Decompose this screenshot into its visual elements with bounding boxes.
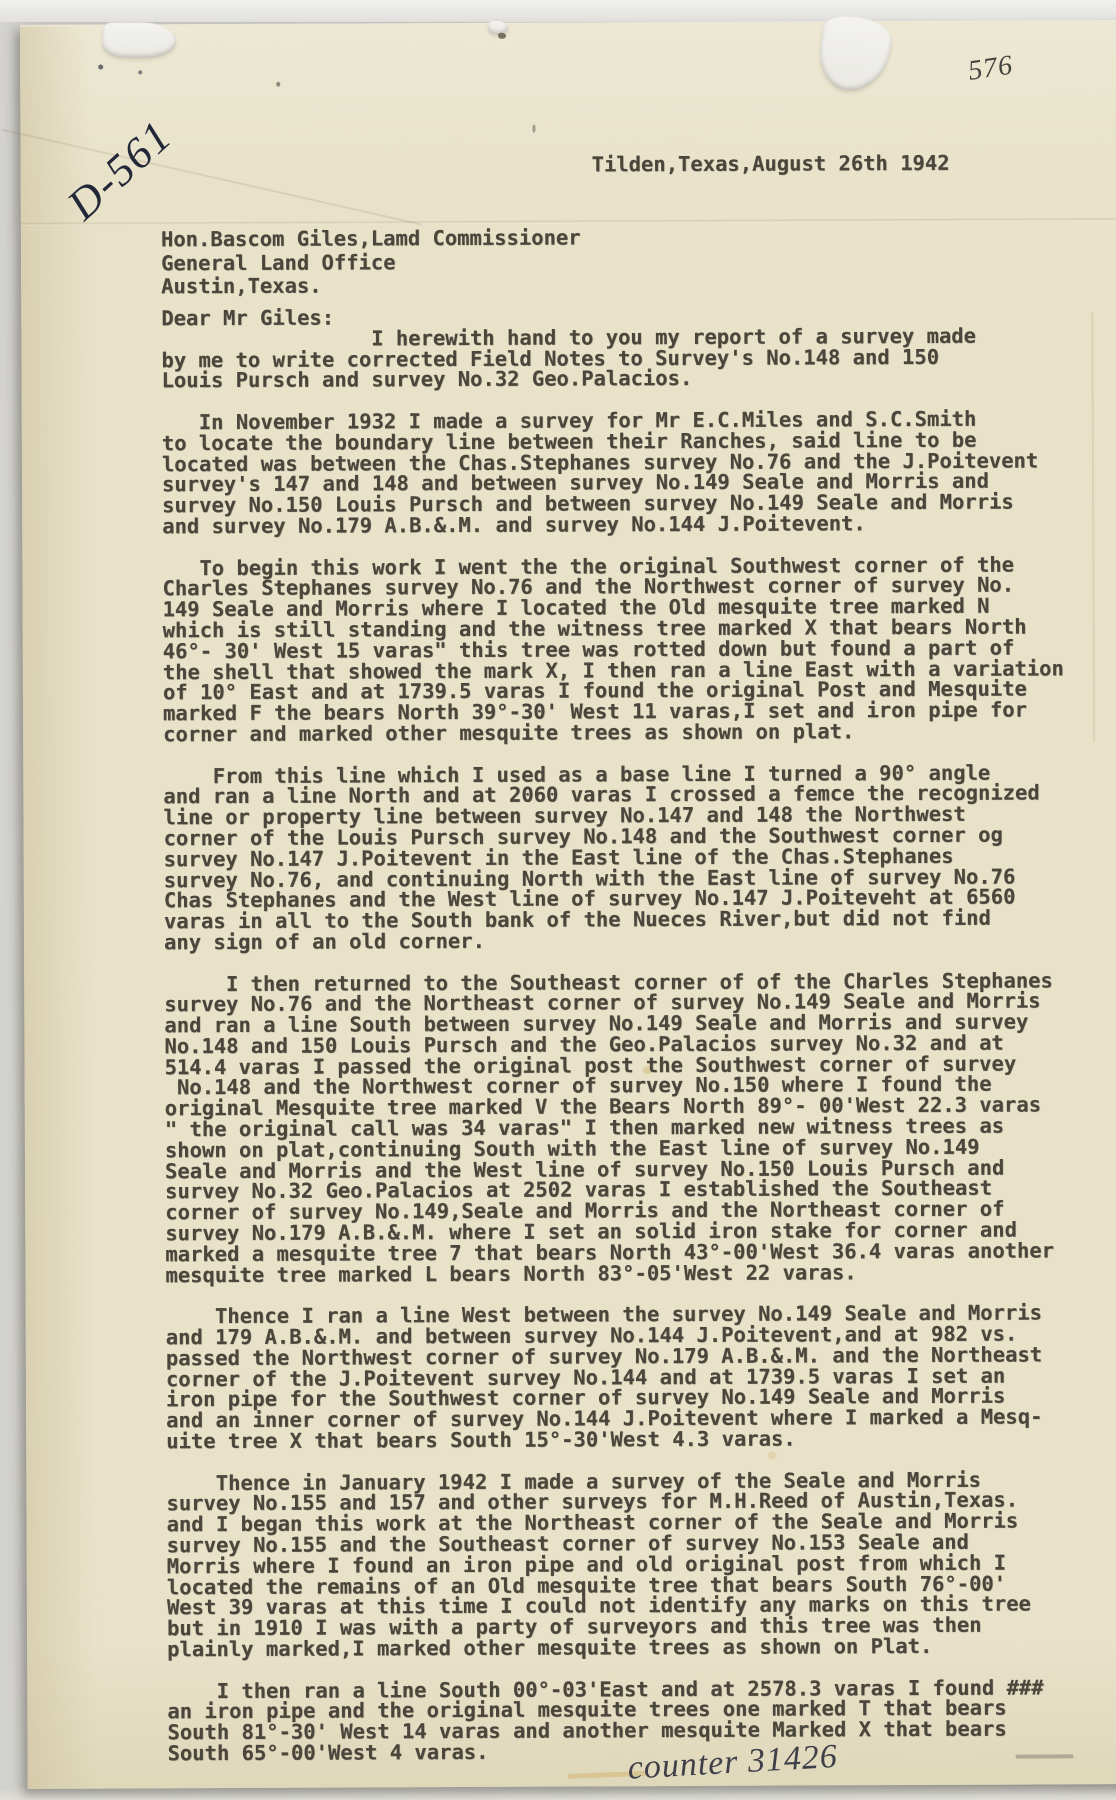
ink-speck <box>276 82 280 87</box>
scanned-letter-page: { "annotations": { "file_number": "D-561… <box>0 0 1116 1800</box>
typed-line: Hon.Bascom Giles,Lamd Commissioner <box>161 226 581 251</box>
ink-speck <box>138 70 142 74</box>
ink-speck <box>532 125 535 133</box>
handwritten-file-number: D-561 <box>57 110 182 230</box>
typed-line: Austin,Texas. <box>161 273 581 298</box>
typed-line: South 81°-30' West 14 varas and another … <box>167 1719 1068 1744</box>
paper-tear <box>817 14 894 95</box>
scanner-bed-top <box>0 0 1116 22</box>
recipient-address-block: Hon.Bascom Giles,Lamd CommissionerGenera… <box>161 226 581 298</box>
paper-blemish <box>498 33 506 39</box>
typed-line: South 65°-00'West 4 varas. <box>168 1739 1069 1764</box>
letter-paper: D-561 576 counter 31426 Tilden,Texas,Aug… <box>20 20 1116 1789</box>
letter-body: Dear Mr Giles: I herewith hand to you my… <box>161 304 1068 1764</box>
fold-crease <box>1091 312 1095 742</box>
paper-tear <box>102 22 176 58</box>
typed-line: General Land Office <box>161 250 581 275</box>
typed-line: varas in all to the South bank of the Nu… <box>164 907 1065 932</box>
handwritten-page-number: 576 <box>966 50 1015 88</box>
ink-speck <box>98 65 103 70</box>
dateline: Tilden,Texas,August 26th 1942 <box>592 151 950 177</box>
fold-crease <box>2 129 422 226</box>
